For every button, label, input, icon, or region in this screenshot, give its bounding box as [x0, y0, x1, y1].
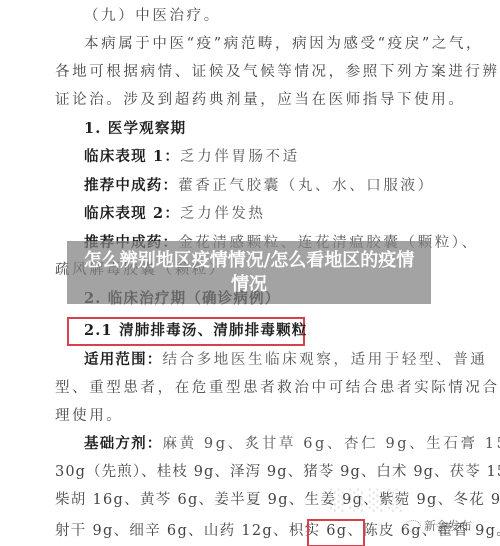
formula-line-3: 柴胡 16g、黄芩 6g、姜半夏 9g、生姜 9g、紫菀 9g、冬花 9g、 — [55, 490, 500, 510]
clinical1-value: 乏力伴胃肠不适 — [180, 149, 300, 165]
clinical1-row: 临床表现 1：乏力伴胃肠不适 — [84, 147, 300, 167]
formula-line-2: 30g（先煎）、桂枝 9g、泽泻 9g、猪苓 9g、白术 9g、茯苓 15g、 — [55, 462, 500, 482]
document-page: （九）中医治疗。 本病属于中医“疫”病范畴，病因为感受“疫戾”之气， 各地可根据… — [0, 0, 500, 546]
watermark-label: 新会发布 — [424, 517, 472, 534]
formula-line-1: 麻黄 9g、炙甘草 6g、杏仁 9g、生石膏 15～ — [163, 436, 500, 452]
scope-label: 适用范围： — [84, 351, 163, 368]
highlight-box-item — [307, 519, 365, 546]
clinical2-label: 临床表现 2： — [84, 205, 180, 222]
clinical2-row: 临床表现 2：乏力伴发热 — [84, 204, 266, 224]
scope-line-2: 型、重型患者，在危重型患者救治中可结合患者实际情况合 — [55, 378, 500, 398]
scope-line-1: 结合多地医生临床观察，适用于轻型、普通 — [163, 352, 488, 368]
scope-line-3: 理使用。 — [55, 406, 123, 426]
watermark: 新会发布 — [405, 517, 472, 534]
scope-row: 适用范围：结合多地医生临床观察，适用于轻型、普通 — [84, 350, 487, 370]
intro-line-3: 证论治。涉及到超药典剂量，应当在医师指导下使用。 — [55, 90, 465, 110]
formula-label: 基础方剂： — [84, 435, 163, 452]
clinical2-value: 乏力伴发热 — [180, 206, 266, 222]
medicine1-value: 藿香正气胶囊（丸、水、口服液） — [178, 178, 435, 194]
stage2-subheading: 2.1 清肺排毒汤、清肺排毒颗粒 — [84, 321, 307, 341]
clinical1-label: 临床表现 1： — [84, 148, 180, 165]
intro-line-1: 本病属于中医“疫”病范畴，病因为感受“疫戾”之气， — [84, 34, 483, 54]
watermark-ghost: ░░░░ — [330, 488, 408, 512]
title-overlay-banner[interactable]: 怎么辨别地区疫情情况/怎么看地区的疫情情况 — [67, 241, 431, 304]
overlay-title: 怎么辨别地区疫情情况/怎么看地区的疫情情况 — [79, 249, 419, 297]
formula-row: 基础方剂：麻黄 9g、炙甘草 6g、杏仁 9g、生石膏 15～ — [84, 434, 500, 454]
wechat-icon — [405, 520, 421, 532]
medicine1-row: 推荐中成药：藿香正气胶囊（丸、水、口服液） — [84, 176, 435, 196]
section-title: （九）中医治疗。 — [84, 6, 221, 26]
medicine1-label: 推荐中成药： — [84, 177, 178, 194]
stage1-heading: 1. 医学观察期 — [84, 119, 186, 139]
intro-line-2: 各地可根据病情、证候及气候等情况，参照下列方案进行辨 — [55, 62, 500, 82]
